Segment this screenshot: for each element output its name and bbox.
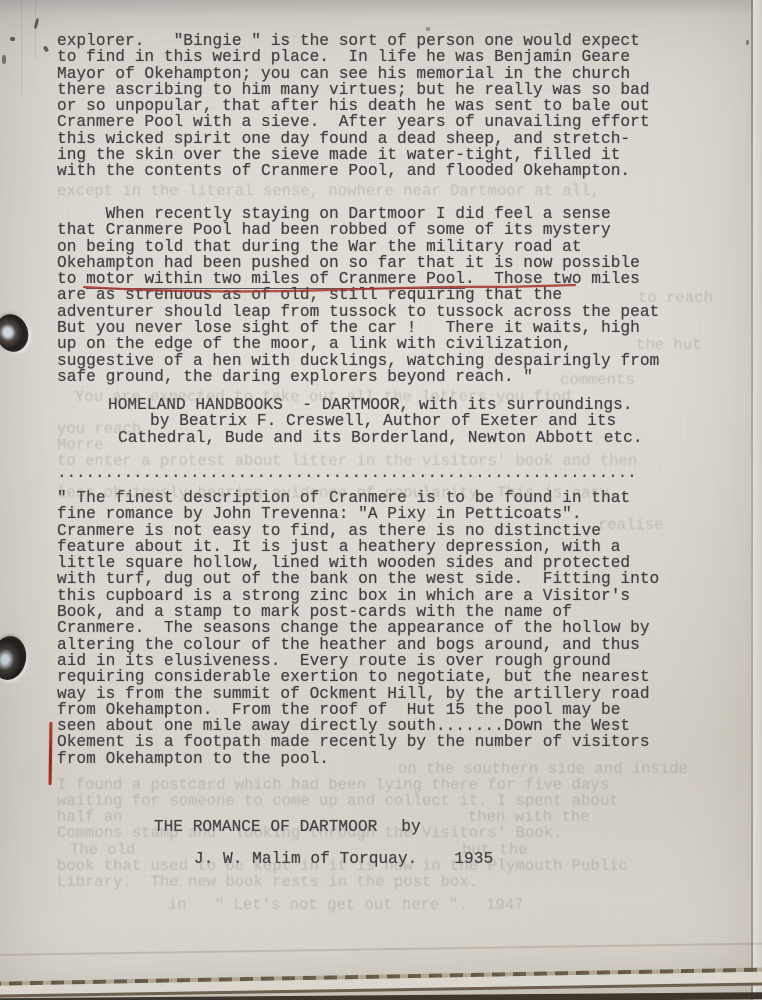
ink-mark: [43, 45, 49, 52]
typed-line: on being told that during the War the mi…: [57, 239, 659, 255]
typed-line: to find in this weird place. In life he …: [57, 49, 650, 65]
page-right-edge: [751, 0, 753, 1000]
typed-line: there ascribing to him many virtues; but…: [57, 82, 650, 98]
typed-line: this wicked spirit one day found a dead …: [57, 131, 650, 147]
red-margin-mark: [49, 722, 53, 785]
typed-line: Mayor of Okehampton; you can see his mem…: [57, 66, 650, 82]
ink-mark: [746, 40, 749, 45]
citation-title: HOMELAND HANDBOOKS - DARTMOOR, with its …: [57, 397, 643, 413]
typed-line: ing the skin over the sieve made it wate…: [57, 147, 650, 163]
bleedthrough-line: except in the literal sense, nowhere nea…: [57, 182, 600, 200]
bleedthrough-line: half an: [57, 808, 123, 826]
typed-line: But you never lose sight of the car ! Th…: [57, 320, 659, 336]
paper-crease: [21, 0, 22, 95]
ink-mark: [10, 37, 15, 41]
binder-hole-top: [0, 310, 33, 356]
typed-line: Cranmere is not easy to find, as there i…: [57, 523, 659, 539]
typed-line: Cranmere Pool with a sieve. After years …: [57, 114, 650, 130]
ink-mark: [2, 55, 6, 64]
paragraph-lines: are as strenuous as of old, still requir…: [57, 287, 659, 385]
book-author: J. W. Malim of Torquay.: [194, 850, 417, 868]
citation-homeland-handbooks: HOMELAND HANDBOOKS - DARTMOOR, with its …: [57, 397, 643, 446]
bottom-crease: [0, 942, 762, 955]
binder-hole-bottom: [0, 633, 30, 682]
bleedthrough-line: then with the: [468, 808, 590, 826]
paragraph-lines: When recently staying on Dartmoor I did …: [57, 206, 659, 271]
citation-author-cont: Cathedral, Bude and its Borderland, Newt…: [57, 430, 643, 446]
typed-line: Okehampton had been pushed on so far tha…: [57, 255, 659, 271]
paragraph-recent-stay: When recently staying on Dartmoor I did …: [57, 206, 659, 385]
paragraph-bingie-legend: explorer. "Bingie " is the sort of perso…: [57, 33, 650, 180]
typed-line: from Okehampton to the pool.: [57, 751, 659, 767]
ink-mark: [426, 27, 430, 31]
typed-line: with turf, dug out of the bank on the we…: [57, 571, 659, 587]
typed-line: " The finest description of Cranmere is …: [57, 490, 659, 506]
typed-line: seen about one mile away directly south.…: [57, 718, 659, 734]
closing-citation-author-line: J. W. Malim of Torquay.1935: [155, 832, 493, 886]
paper-crease: [35, 0, 36, 60]
typed-line: altering the colour of the heather and b…: [57, 637, 659, 653]
typed-line: from Okehampton. From the roof of Hut 15…: [57, 702, 659, 718]
page-top-shadow: [0, 0, 762, 16]
typed-line: fine romance by John Trevenna: "A Pixy i…: [57, 506, 659, 522]
typed-line: safe ground, the daring explorers beyond…: [57, 369, 659, 385]
typed-line: Okement is a footpath made recently by t…: [57, 734, 659, 750]
typed-line: that Cranmere Pool had been robbed of so…: [57, 222, 659, 238]
page-right-margin-strip: [753, 0, 762, 1000]
book-year: 1935: [454, 850, 493, 868]
typed-line: with the contents of Cranmere Pool, and …: [57, 163, 650, 179]
typed-line: are as strenuous as of old, still requir…: [57, 287, 659, 303]
typed-line: up on the edge of the moor, a link with …: [57, 336, 659, 352]
typed-line: feature about it. It is just a heathery …: [57, 539, 659, 555]
typed-line: When recently staying on Dartmoor I did …: [57, 206, 659, 222]
citation-author: by Beatrix F. Creswell, Author of Exeter…: [57, 413, 643, 429]
dotted-divider: ........................................…: [57, 464, 637, 482]
scanned-document-photo: explorer. "Bingie " is the sort of perso…: [0, 0, 762, 1000]
typed-line: Book, and a stamp to mark post-cards wit…: [57, 604, 659, 620]
typed-line: way is from the summit of Ockment Hill, …: [57, 686, 659, 702]
typed-line: adventurer should leap from tussock to t…: [57, 304, 659, 320]
typed-line: aid in its elusiveness. Every route is o…: [57, 653, 659, 669]
typed-line: suggestive of a hen with ducklings, watc…: [57, 353, 659, 369]
typed-line: this cupboard is a strong zinc box in wh…: [57, 588, 659, 604]
typed-line: requiring considerable exertion to negot…: [57, 669, 659, 685]
bleedthrough-line: in " Let's not get out here ". 1947: [168, 896, 524, 914]
typed-line: explorer. "Bingie " is the sort of perso…: [57, 33, 650, 49]
typed-line: Cranmere. The seasons change the appeara…: [57, 620, 659, 636]
bleedthrough-line: I found a postcard which had been lying …: [57, 776, 609, 794]
paragraph-finest-description: " The finest description of Cranmere is …: [57, 490, 659, 767]
